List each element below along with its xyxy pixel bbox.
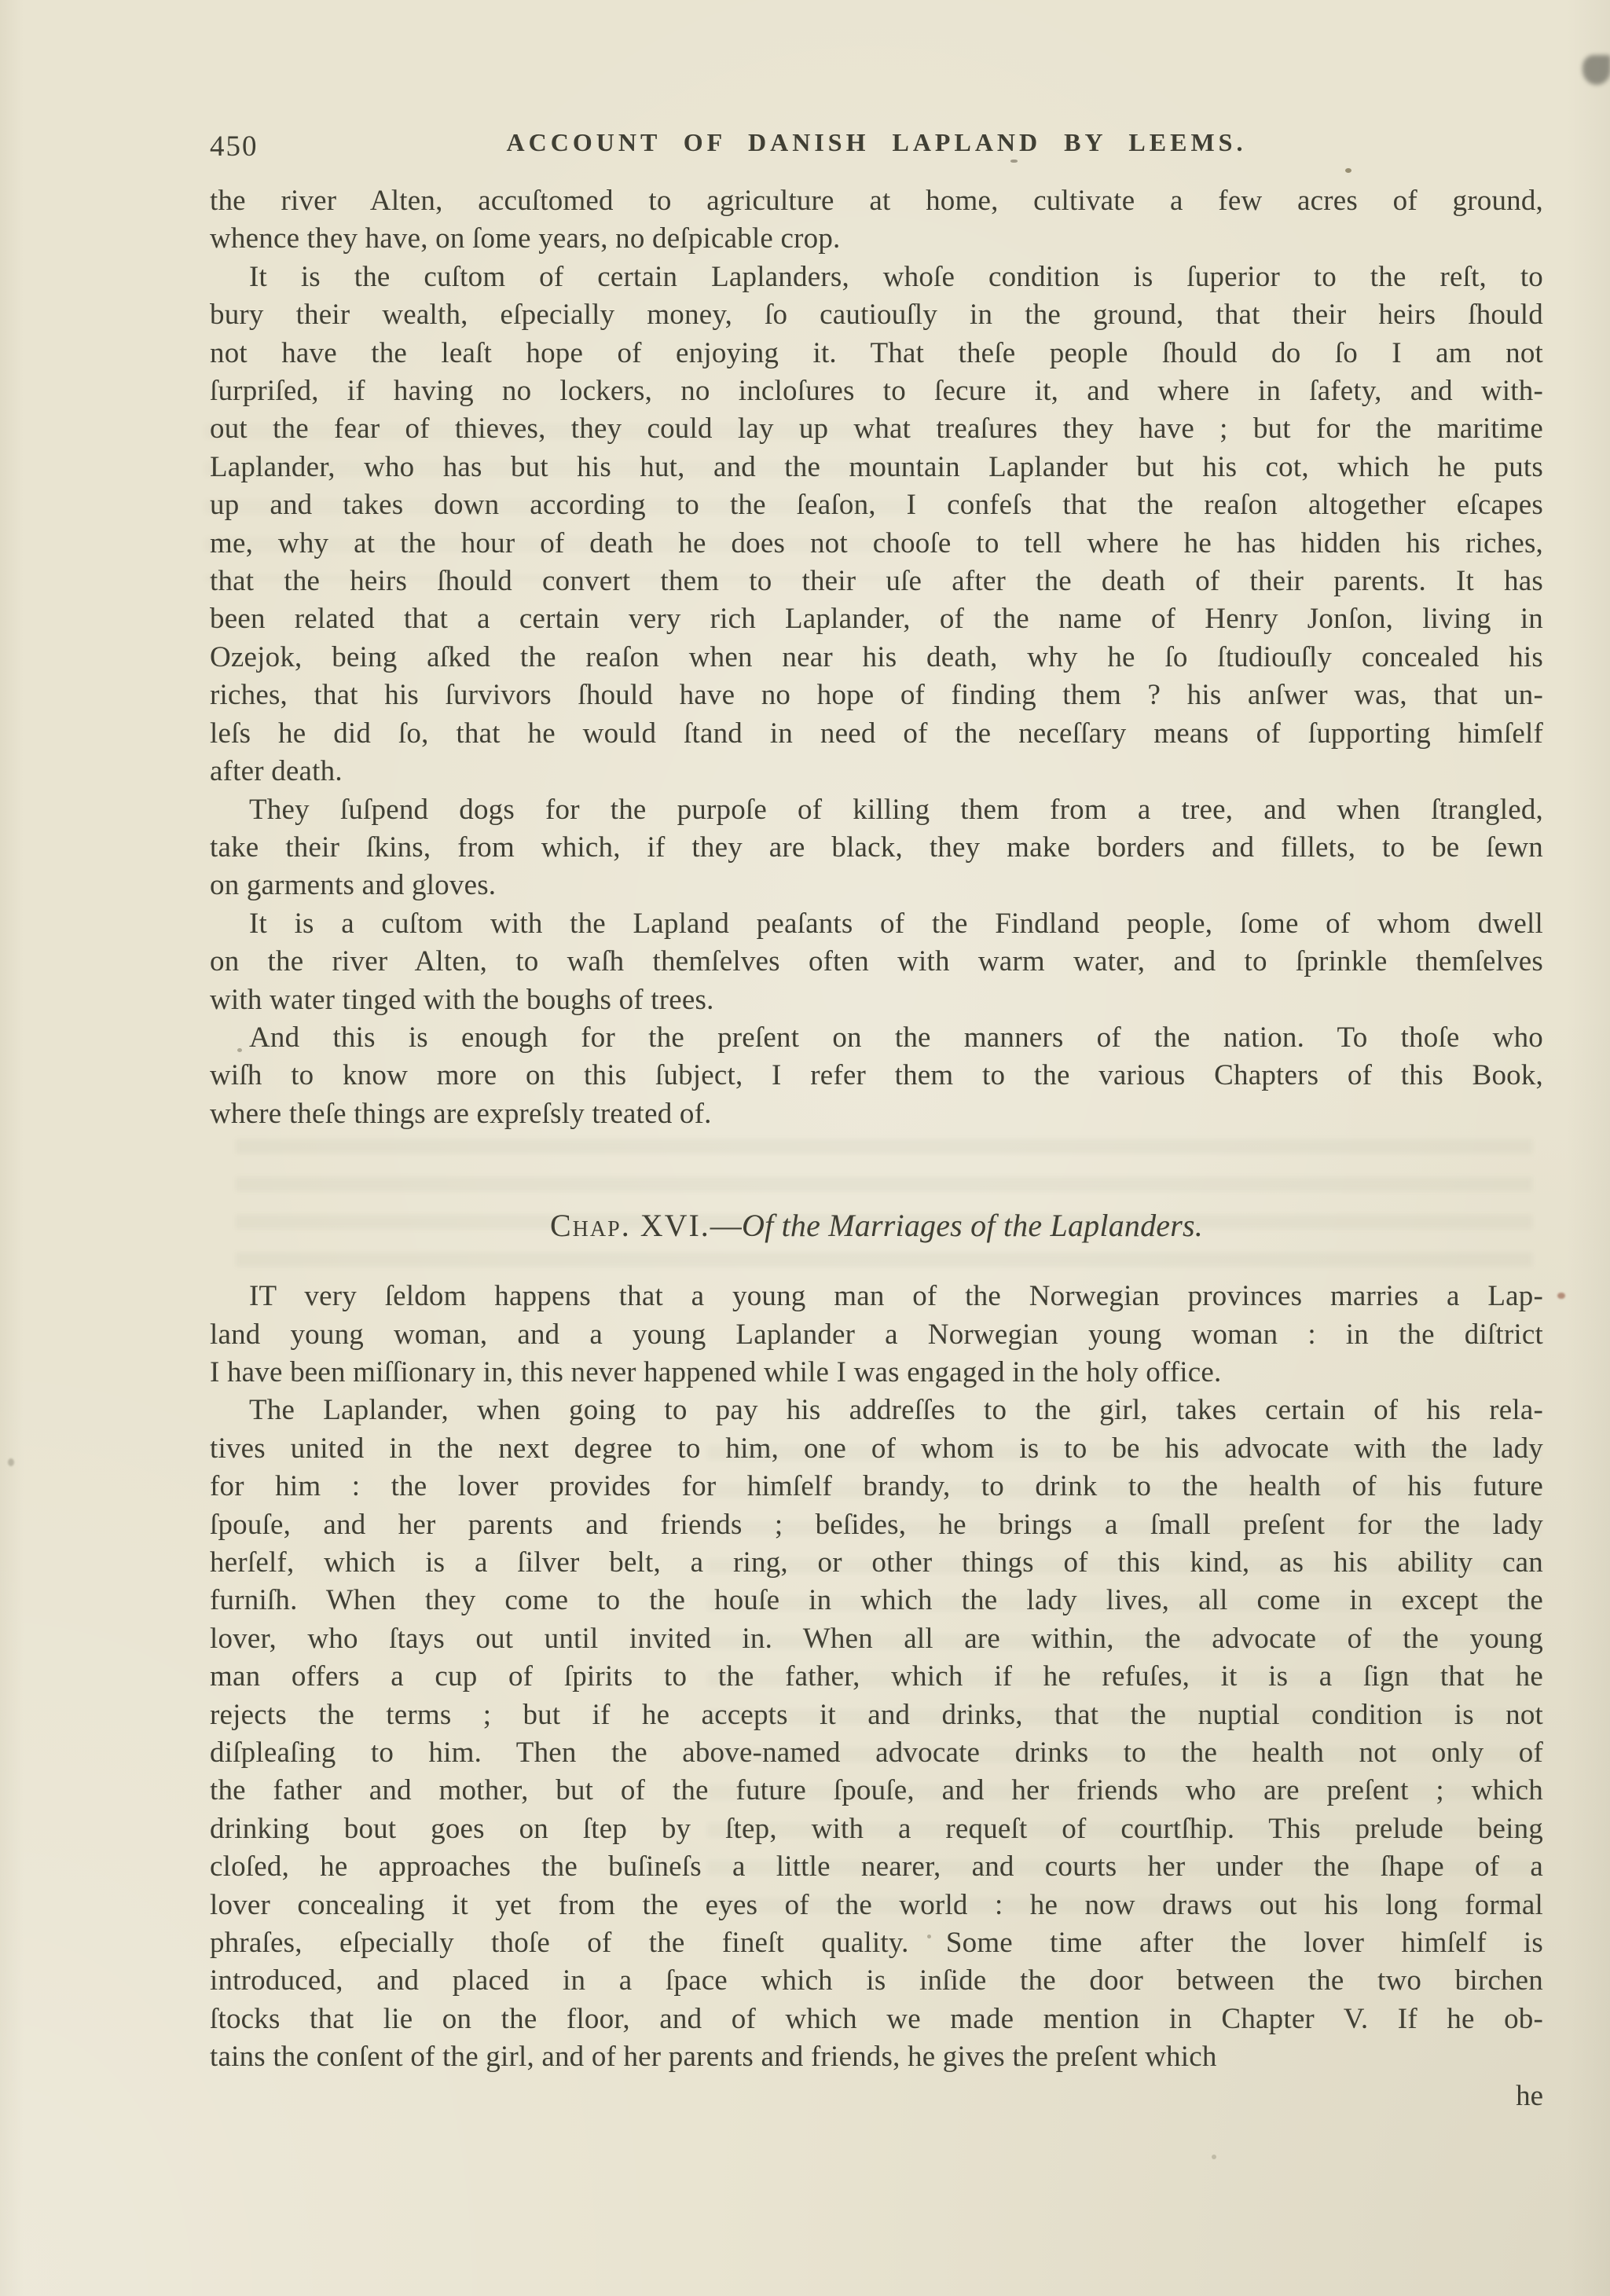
paper-speck	[1345, 168, 1351, 173]
section-marriages: IT very ſeldom happens that a young man …	[210, 1278, 1543, 2077]
paragraph: And this is enough for the preſent on th…	[210, 1019, 1543, 1133]
text-line: for him : the lover provides for himſelf…	[210, 1468, 1543, 1506]
section-manners: the river Alten, accuſtomed to agricultu…	[210, 182, 1543, 1133]
text-line: out the fear of thieves, they could lay …	[210, 410, 1543, 448]
text-line: with water tinged with the boughs of tre…	[210, 981, 1543, 1019]
text-line: rejects the terms ; but if he accepts it…	[210, 1696, 1543, 1734]
text-line: tains the conſent of the girl, and of he…	[210, 2038, 1543, 2076]
text-line: on garments and gloves.	[210, 867, 1543, 904]
catchword-row: he	[210, 2079, 1543, 2113]
text-line: me, why at the hour of death he does not…	[210, 525, 1543, 563]
text-line: cloſed, he approaches the buſineſs a lit…	[210, 1848, 1543, 1886]
chapter-heading: Chap. XVI.—Of the Marriages of the Lapla…	[210, 1205, 1543, 1246]
book-page-scan: 450 ACCOUNT OF DANISH LAPLAND BY LEEMS. …	[0, 0, 1610, 2296]
catchword: he	[1516, 2080, 1543, 2112]
text-line: It is a cuſtom with the Lapland peaſants…	[210, 905, 1543, 943]
text-line: where theſe things are expreſsly treated…	[210, 1095, 1543, 1133]
text-line: ſurpriſed, if having no lockers, no incl…	[210, 372, 1543, 410]
text-line: drinking bout goes on ſtep by ſtep, with…	[210, 1810, 1543, 1848]
ink-smudge	[1582, 55, 1610, 85]
text-line: man offers a cup of ſpirits to the fathe…	[210, 1658, 1543, 1696]
text-line: whence they have, on ſome years, no deſp…	[210, 220, 1543, 258]
paragraph: the river Alten, accuſtomed to agricultu…	[210, 182, 1543, 259]
red-mark	[1557, 1293, 1565, 1299]
text-line: ſtocks that lie on the floor, and of whi…	[210, 2001, 1543, 2038]
text-line: the father and mother, but of the future…	[210, 1772, 1543, 1810]
text-line: take their ſkins, from which, if they ar…	[210, 829, 1543, 867]
text-line: The Laplander, when going to pay his add…	[210, 1392, 1543, 1429]
page-header: 450 ACCOUNT OF DANISH LAPLAND BY LEEMS.	[210, 128, 1543, 167]
text-line: tives united in the next degree to him, …	[210, 1430, 1543, 1468]
text-line: on the river Alten, to waſh themſelves o…	[210, 943, 1543, 981]
text-line: diſpleaſing to him. Then the above-named…	[210, 1734, 1543, 1772]
paper-speck	[8, 1458, 14, 1466]
text-line: lover concealing it yet from the eyes of…	[210, 1887, 1543, 1924]
text-line: I have been miſſionary in, this never ha…	[210, 1354, 1543, 1392]
text-line: wiſh to know more on this ſubject, I ref…	[210, 1057, 1543, 1095]
text-line: Ozejok, being aſked the reaſon when near…	[210, 639, 1543, 677]
text-line: not have the leaſt hope of enjoying it. …	[210, 335, 1543, 372]
text-line: lover, who ſtays out until invited in. W…	[210, 1620, 1543, 1658]
paper-speck	[1212, 2155, 1216, 2159]
text-line: bury their wealth, eſpecially money, ſo …	[210, 296, 1543, 334]
text-line: herſelf, which is a ſilver belt, a ring,…	[210, 1544, 1543, 1582]
text-line: leſs he did ſo, that he would ſtand in n…	[210, 715, 1543, 753]
text-line: It is the cuſtom of certain Laplanders, …	[210, 259, 1543, 296]
text-line: furniſh. When they come to the houſe in …	[210, 1582, 1543, 1619]
text-line: that the heirs ſhould convert them to th…	[210, 563, 1543, 600]
chapter-dash: —	[710, 1208, 742, 1243]
paragraph: The Laplander, when going to pay his add…	[210, 1392, 1543, 2076]
paragraph: It is a cuſtom with the Lapland peaſants…	[210, 905, 1543, 1019]
text-line: Laplander, who has but his hut, and the …	[210, 449, 1543, 486]
text-line: And this is enough for the preſent on th…	[210, 1019, 1543, 1057]
text-line: phraſes, eſpecially thoſe of the fineſt …	[210, 1924, 1543, 1962]
chapter-label: Chap. XVI.	[550, 1208, 710, 1243]
paragraph: It is the cuſtom of certain Laplanders, …	[210, 259, 1543, 791]
running-header: ACCOUNT OF DANISH LAPLAND BY LEEMS.	[210, 128, 1543, 157]
text-line: land young woman, and a young Laplander …	[210, 1316, 1543, 1354]
text-line: They ſuſpend dogs for the purpoſe of kil…	[210, 791, 1543, 829]
text-line: been related that a certain very rich La…	[210, 600, 1543, 638]
paragraph: IT very ſeldom happens that a young man …	[210, 1278, 1543, 1392]
text-line: after death.	[210, 753, 1543, 790]
paragraph: They ſuſpend dogs for the purpoſe of kil…	[210, 791, 1543, 905]
text-line: riches, that his ſurvivors ſhould have n…	[210, 677, 1543, 714]
chapter-title: Of the Marriages of the Laplanders.	[742, 1208, 1203, 1243]
text-line: the river Alten, accuſtomed to agricultu…	[210, 182, 1543, 220]
text-line: IT very ſeldom happens that a young man …	[210, 1278, 1543, 1315]
text-line: up and takes down according to the ſeaſo…	[210, 486, 1543, 524]
text-line: ſpouſe, and her parents and friends ; be…	[210, 1506, 1543, 1544]
body-text: the river Alten, accuſtomed to agricultu…	[210, 182, 1543, 2077]
text-line: introduced, and placed in a ſpace which …	[210, 1962, 1543, 2000]
